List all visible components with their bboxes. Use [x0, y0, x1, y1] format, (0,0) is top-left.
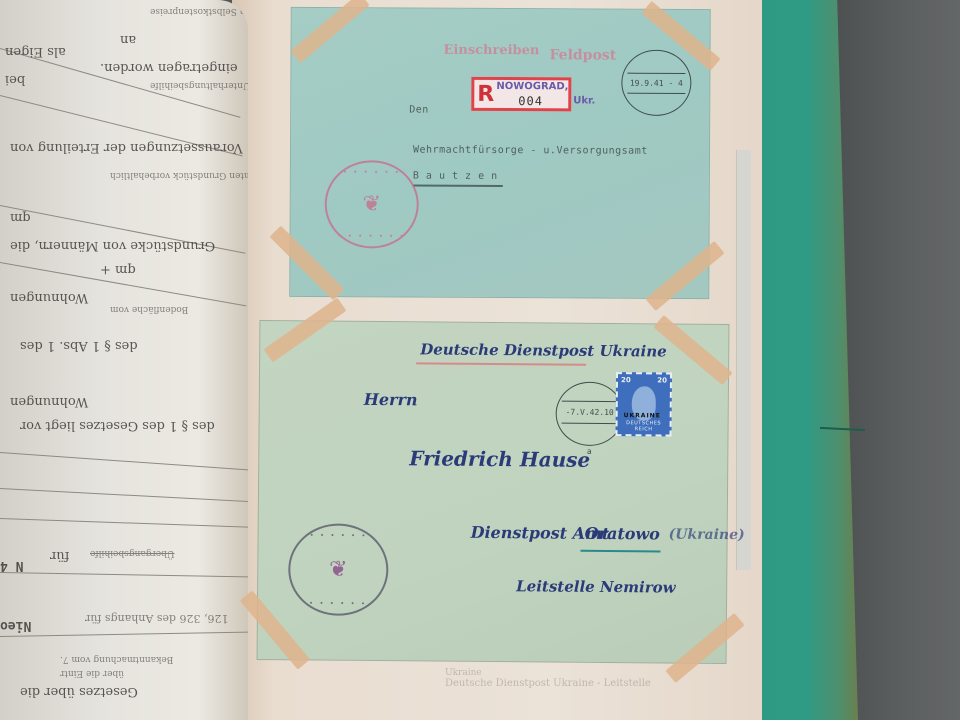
header-red-underline	[416, 362, 586, 365]
address-city: Oratowo	[585, 524, 660, 544]
registration-place: NOWOGRAD,	[496, 81, 568, 92]
rule-line	[0, 632, 248, 637]
eagle-emblem-icon: ❦	[362, 192, 381, 217]
postmark-cancel: 19.9.41 - 4	[621, 50, 691, 116]
city-underline	[580, 550, 660, 552]
stamp-value-right: 20	[657, 376, 667, 384]
book-text: gesamten Grundstück vorbehaltlich	[110, 170, 248, 180]
book-text: zum Selbstkostenpreise	[150, 6, 248, 16]
envelope-dienstpost-ukraine: Deutsche Dienstpost Ukraine -7.V.42.10 a…	[257, 320, 730, 664]
book-text: Voraussetzungen der Erteilung von	[10, 140, 243, 155]
address-line-2: Leitstelle Nemirow	[516, 577, 676, 596]
book-text-typed: Nieo	[0, 618, 31, 633]
book-text: Übergangsbeihilfe	[90, 548, 174, 558]
book-text: Wohnungen	[10, 394, 88, 409]
salutation: Herrn	[364, 390, 418, 409]
header-dienstpost-ukraine: Deutsche Dienstpost Ukraine	[420, 340, 667, 360]
interleaf-sheet-edge	[736, 150, 751, 570]
book-text: Bodenfläche vom	[110, 304, 188, 314]
stamp-country: DEUTSCHES REICH	[620, 420, 668, 432]
rule-line	[0, 452, 248, 470]
address-region: (Ukraine)	[669, 527, 745, 544]
book-text: an	[120, 32, 136, 47]
book-text: Wohnungen	[10, 290, 88, 305]
book-text: qm	[10, 210, 31, 225]
eagle-emblem-icon: ❦	[329, 557, 348, 582]
postmark-date: 19.9.41 - 4	[622, 79, 690, 88]
book-text: über die Eintr	[60, 668, 124, 678]
envelope-registered-feldpost: Einschreiben Feldpost R NOWOGRAD, 004 Uk…	[289, 7, 711, 299]
header-einschreiben: Einschreiben	[443, 43, 539, 59]
book-text: Grundstücke von Männern, die	[10, 238, 215, 253]
postage-stamp-20pf: 20 20 UKRAINE DEUTSCHES REICH	[615, 372, 672, 436]
book-text: bei	[5, 72, 25, 87]
address-line-1: Wehrmachtfürsorge - u.Versorgungsamt	[413, 145, 648, 157]
book-text: Gesetzes über die	[20, 684, 138, 699]
postmark-cancel: -7.V.42.10 a	[555, 382, 624, 447]
rule-line	[0, 572, 248, 577]
book-text: eingetragen worden.	[100, 60, 238, 75]
book-text: qm +	[100, 262, 136, 277]
album-caption: Ukraine Deutsche Dienstpost Ukraine - Le…	[445, 668, 745, 689]
book-text: für	[50, 548, 69, 563]
rule-line	[0, 488, 248, 502]
header-feldpost: Feldpost	[549, 47, 616, 63]
book-text: Bekanntmachung vom 7.	[60, 654, 173, 664]
registration-label: R NOWOGRAD, 004	[471, 77, 571, 112]
book-text: als Eigen	[5, 44, 66, 59]
address-line-2: B a u t z e n	[413, 171, 498, 182]
book-text: des § 1 des Gesetzes liegt vor	[20, 418, 215, 433]
album-caption-line-2: Deutsche Dienstpost Ukraine - Leitstelle	[445, 678, 745, 689]
address-prefix: Den	[409, 105, 429, 116]
book-text-typed: N 4	[0, 558, 23, 573]
open-book-page: zum Selbstkostenpreise an eingetragen wo…	[0, 0, 248, 720]
address-underline	[413, 185, 503, 187]
book-text: 126, 326 des Anhangs für	[85, 612, 229, 625]
registration-number: 004	[518, 94, 543, 108]
book-text: Unterhaltungsbeihilfe	[150, 80, 248, 90]
registration-place-overflow: Ukr.	[573, 95, 595, 106]
stamp-overprint: UKRAINE	[624, 412, 661, 419]
registration-letter: R	[477, 82, 494, 107]
postmark-date: -7.V.42.10	[557, 408, 623, 418]
book-text: des § 1 Abs. 1 des	[20, 338, 138, 353]
official-seal-stamp: • • • • • • ❦ • • • • • •	[288, 523, 389, 616]
rule-line	[0, 518, 248, 528]
album-caption-line-1: Ukraine	[445, 668, 745, 678]
official-seal-stamp: • • • • • • ❦ • • • • • • •	[324, 160, 418, 248]
stamp-value-left: 20	[621, 376, 631, 384]
recipient-name: Friedrich Hause	[409, 446, 590, 472]
